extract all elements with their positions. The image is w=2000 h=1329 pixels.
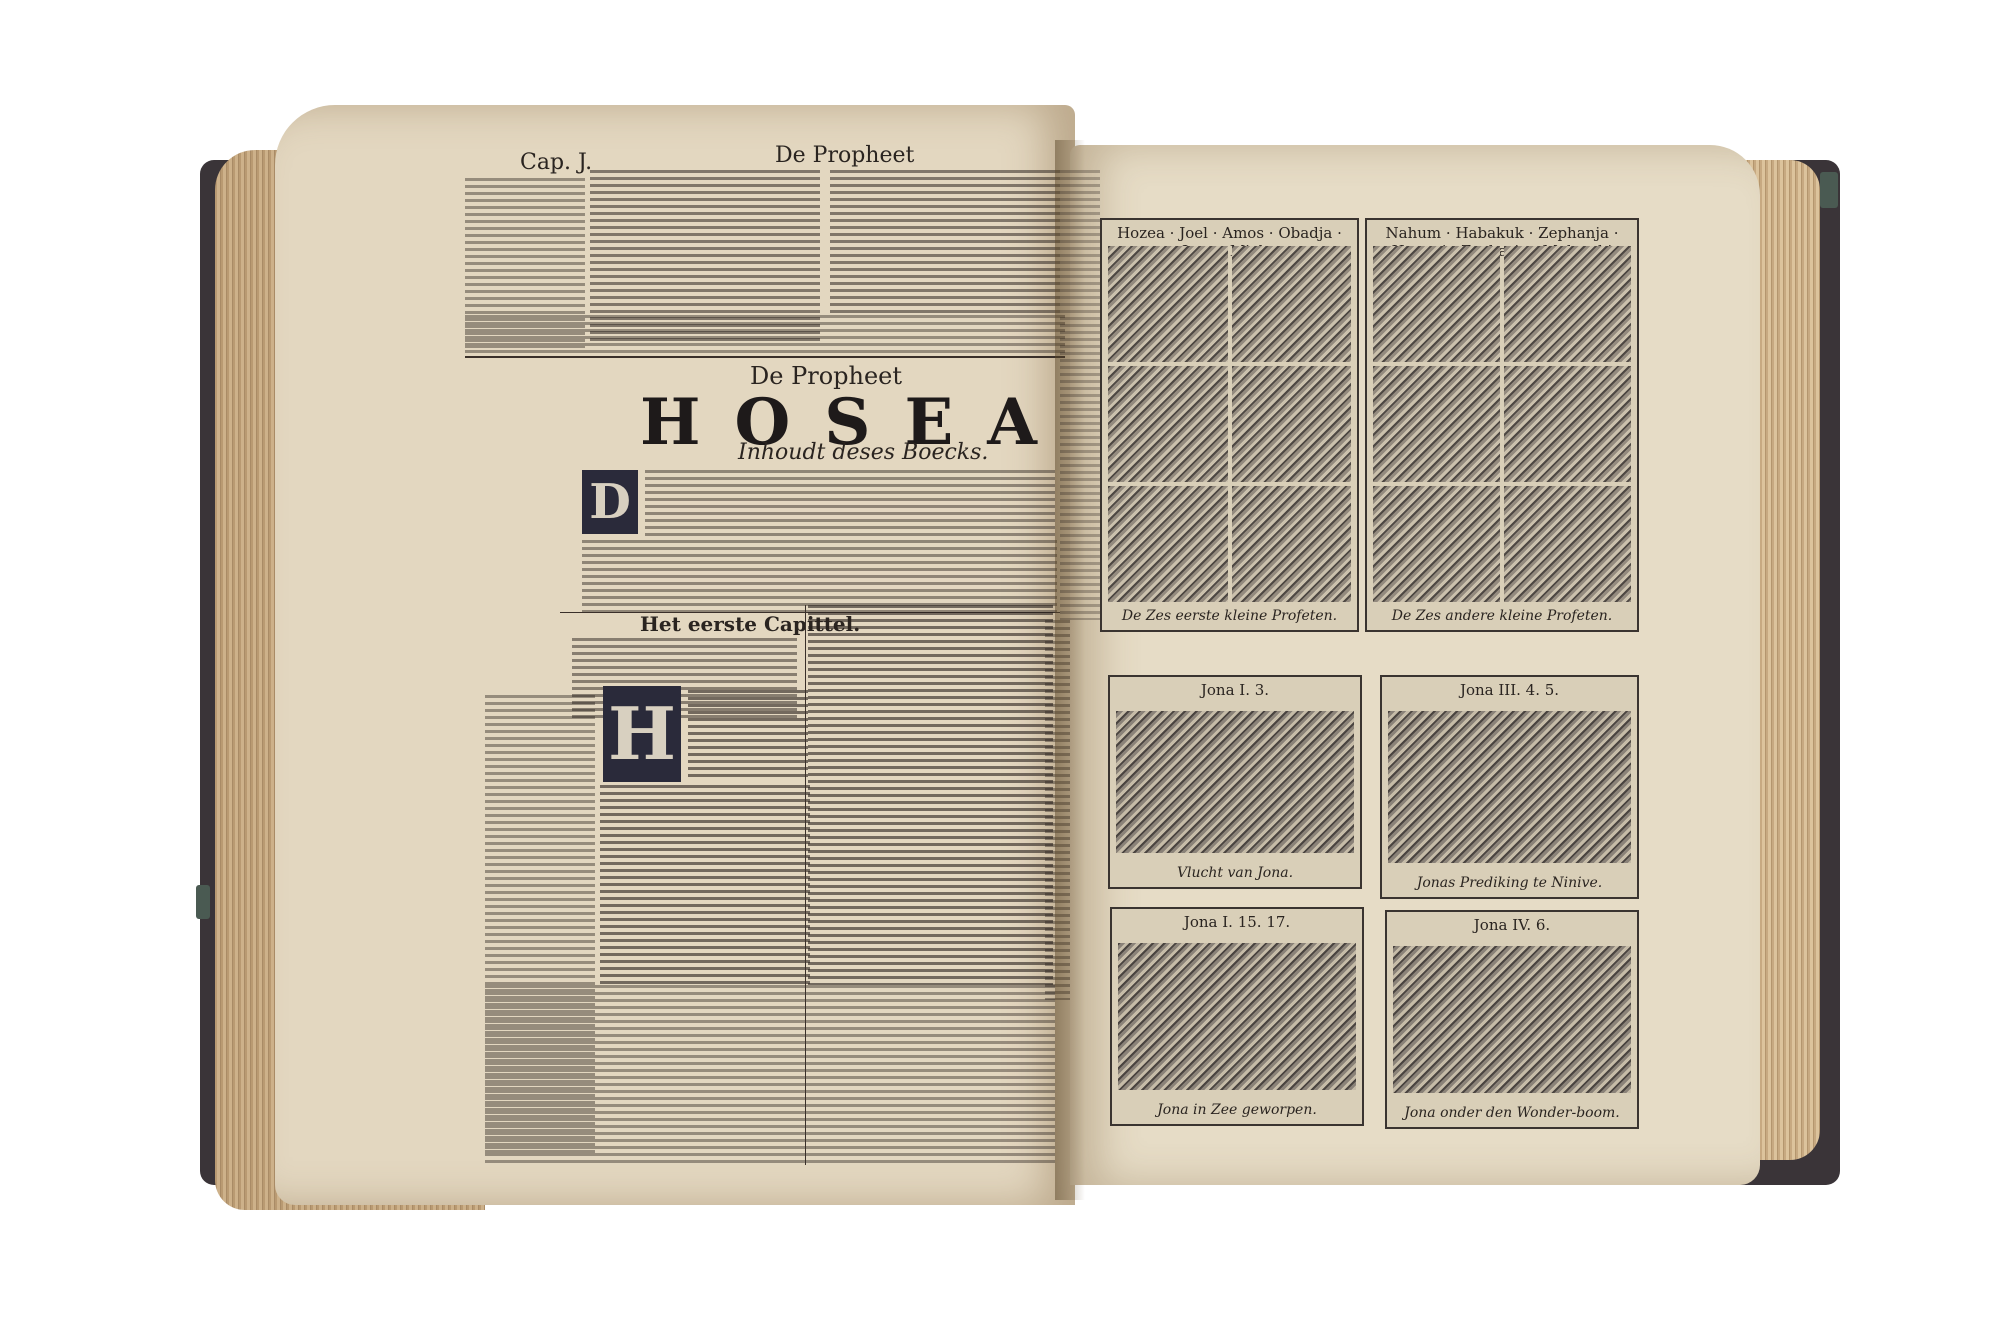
clasp-right	[1820, 172, 1838, 208]
plate-bottom-caption: De Zes eerste kleine Profeten.	[1102, 608, 1357, 624]
footnotes-top	[465, 315, 1065, 355]
engraving-panel	[1504, 246, 1631, 362]
plate-jonah-thrown-into-sea: Jona I. 15. 17. Jona in Zee geworpen.	[1110, 907, 1364, 1126]
plate-jonah-under-gourd: Jona IV. 6. Jona onder den Wonder-boom.	[1385, 910, 1639, 1129]
intro-text-right-of-dropcap	[645, 470, 1055, 540]
engraving-panel	[1504, 486, 1631, 602]
engraving-panel	[1108, 246, 1228, 362]
verse-text-left-column	[600, 785, 810, 985]
engraving-panel	[1108, 486, 1228, 602]
verse-text-right-column	[808, 605, 1053, 985]
text-column-top-right	[830, 170, 1060, 315]
verse-1-drop-cap: H	[603, 686, 681, 782]
plate-bottom-caption: Jonas Prediking te Ninive.	[1382, 875, 1637, 891]
verse-1-text-beside-dropcap	[688, 690, 808, 780]
plate-bottom-caption: Jona in Zee geworpen.	[1112, 1102, 1362, 1118]
plate-other-six-prophets: Nahum · Habakuk · Zephanja · Haggai · Za…	[1365, 218, 1639, 632]
engraving-panel	[1373, 486, 1500, 602]
plate-flight-of-jonah: Jona I. 3. Vlucht van Jona.	[1108, 675, 1362, 889]
plate-bottom-caption: Vlucht van Jona.	[1110, 865, 1360, 881]
engraving-image	[1388, 711, 1631, 863]
engraving-image	[1118, 943, 1356, 1090]
footnotes-bottom	[485, 985, 1055, 1165]
plate-top-caption: Jona IV. 6.	[1387, 916, 1637, 934]
engraving-panel	[1232, 486, 1352, 602]
plate-top-caption: Jona III. 4. 5.	[1382, 681, 1637, 699]
clasp-lower	[196, 885, 210, 919]
right-page-margin-notes	[1060, 170, 1100, 620]
running-head-chapter: Cap. J.	[520, 150, 592, 175]
plate-top-caption: Jona I. 3.	[1110, 681, 1360, 699]
engraving-panel	[1108, 366, 1228, 482]
engraving-panel	[1504, 366, 1631, 482]
plate-first-six-prophets: Hozea · Joel · Amos · Obadja · Jona · Mi…	[1100, 218, 1359, 632]
running-head-title: De Propheet	[775, 143, 914, 168]
engraving-panel	[1232, 246, 1352, 362]
column-divider	[805, 605, 806, 1165]
intro-text	[582, 540, 1057, 615]
engraving-panel	[1232, 366, 1352, 482]
engraving-panel	[1373, 246, 1500, 362]
section-rule	[465, 356, 1065, 358]
engraving-image	[1393, 946, 1631, 1093]
engraving-image	[1116, 711, 1354, 853]
plate-top-caption: Jona I. 15. 17.	[1112, 913, 1362, 931]
open-bible: Cap. J. De Propheet De Propheet HOSEA. I…	[0, 0, 2000, 1329]
prophet-panels	[1373, 246, 1631, 602]
plate-bottom-caption: De Zes andere kleine Profeten.	[1367, 608, 1637, 624]
engraving-panel	[1373, 366, 1500, 482]
plate-bottom-caption: Jona onder den Wonder-boom.	[1387, 1105, 1637, 1121]
prophet-panels	[1108, 246, 1351, 602]
intro-drop-cap: D	[582, 470, 638, 534]
book-subheading: Inhoudt deses Boecks.	[738, 440, 988, 465]
plate-jonah-preaching-nineveh: Jona III. 4. 5. Jonas Prediking te Niniv…	[1380, 675, 1639, 899]
